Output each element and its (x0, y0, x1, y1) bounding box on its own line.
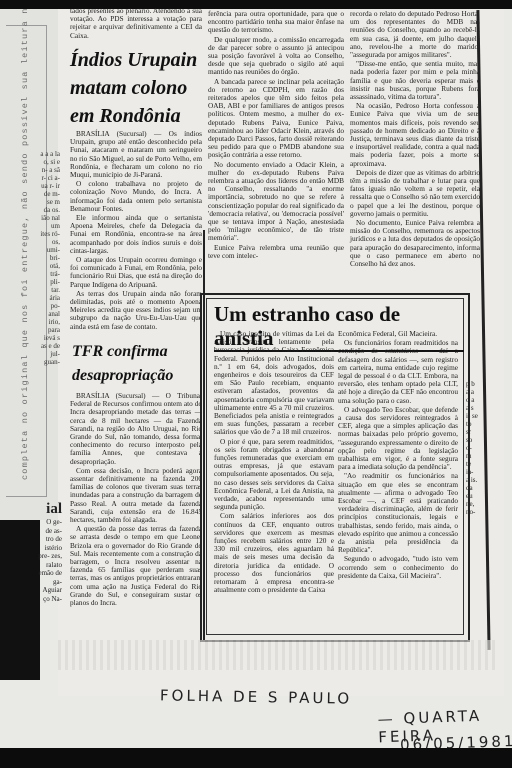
top-fragment-text: tados presentes ao plenário. Atendendo a… (70, 7, 202, 40)
article-indios-body: BRASÍLIA (Sucursal) — Os índios Urupain,… (70, 130, 202, 332)
paragraph: O pior é que, para serem readmitidos, os… (214, 438, 334, 512)
paragraph: As terras dos Urupain ainda não foram de… (70, 290, 202, 331)
paragraph: No documento, Eunice Paiva relembra a mi… (350, 219, 480, 268)
top-fragment: tados presentes ao plenário. Atendendo a… (70, 7, 202, 41)
headline-line: desapropriação (72, 364, 212, 388)
paragraph: O ataque dos Urupain ocorreu domingo e f… (70, 256, 202, 289)
right-column-fragment: p b a a o a a s i- se to sr so o- m te i… (466, 380, 478, 516)
headline-line: Índios Urupain (70, 46, 210, 74)
paragraph: BRASÍLIA (Sucursal) — O Tribunal Federal… (70, 392, 202, 466)
article-anistia-col1: Um caso insólito de vítimas da Lei da An… (214, 330, 334, 596)
paragraph: Na ocasião, Pedroso Horta confessou a Eu… (350, 102, 480, 168)
paragraph: BRASÍLIA (Sucursal) — Os índios Urupain,… (70, 130, 202, 179)
paragraph: A questão da posse das terras da fazenda… (70, 525, 202, 607)
article-tfr-body: BRASÍLIA (Sucursal) — O Tribunal Federal… (70, 392, 202, 608)
paragraph: Eunice Paiva relembra uma reunião que te… (208, 244, 344, 260)
left-lower-fragment: ial O ge- de as- tro de istério pre- zes… (38, 500, 62, 603)
paragraph: Depois de dizer que as vítimas do arbítr… (350, 169, 480, 218)
paragraph: Com essa decisão, o Incra poderá agora a… (70, 467, 202, 524)
handwritten-publication: FOLHA DE S PAULO (160, 686, 352, 707)
paragraph: O colono trabalhava no projeto de coloni… (70, 180, 202, 213)
paragraph: Um caso insólito de vítimas da Lei da An… (214, 330, 334, 437)
headline-tfr: TFR confirma desapropriação (72, 340, 212, 388)
headline-line: matam colono (70, 74, 210, 102)
article-cddph-body: ferência para outra oportunidade, para q… (208, 10, 344, 261)
headline-line: TFR confirma (72, 340, 212, 364)
bottom-scan-edge (0, 748, 512, 768)
microfiche-margin-note: completa no original que nos foi entregu… (20, 0, 31, 480)
headline-line: em Rondônia (70, 102, 210, 130)
left-column-fragment: a a a la o, si e n- a sã r- ci a- ua r- … (40, 150, 60, 366)
paragraph: De qualquer modo, a comissão encarregada… (208, 36, 344, 77)
article-anistia-col2: Econômica Federal, Gil Macieira. Os func… (338, 330, 458, 581)
fragment-heading: ial (38, 500, 62, 518)
paragraph: O advogado Teo Escobar, que defende a ca… (338, 406, 458, 472)
paragraph: recorda o relato do deputado Pedroso Hor… (350, 10, 480, 59)
paragraph: Econômica Federal, Gil Macieira. (338, 330, 458, 338)
dark-scan-edge (0, 520, 40, 680)
headline-indios: Índios Urupain matam colono em Rondônia (70, 46, 210, 130)
paragraph: "Ao readmitir os funcionários na situaçã… (338, 472, 458, 554)
paragraph: Segundo o advogado, "tudo isto vem ocorr… (338, 555, 458, 580)
paragraph: Os funcionários foram readmitidos na con… (338, 339, 458, 405)
paragraph: A bancada parece se inclinar pela aceita… (208, 78, 344, 160)
torn-paper-edge (58, 640, 498, 670)
paragraph: Ele informou ainda que o sertanista Apoe… (70, 214, 202, 255)
article-paiva-body: recorda o relato do deputado Pedroso Hor… (350, 10, 480, 269)
paragraph: ferência para outra oportunidade, para q… (208, 10, 344, 35)
paragraph: No documento enviado a Odacir Klein, a m… (208, 161, 344, 243)
fragment-text: O ge- de as- tro de istério pre- zes, ra… (38, 518, 62, 603)
paragraph: Com salários inferiores aos dos contínuo… (214, 512, 334, 594)
paragraph: "Disse-me então, que sentia muito, mas n… (350, 60, 480, 101)
